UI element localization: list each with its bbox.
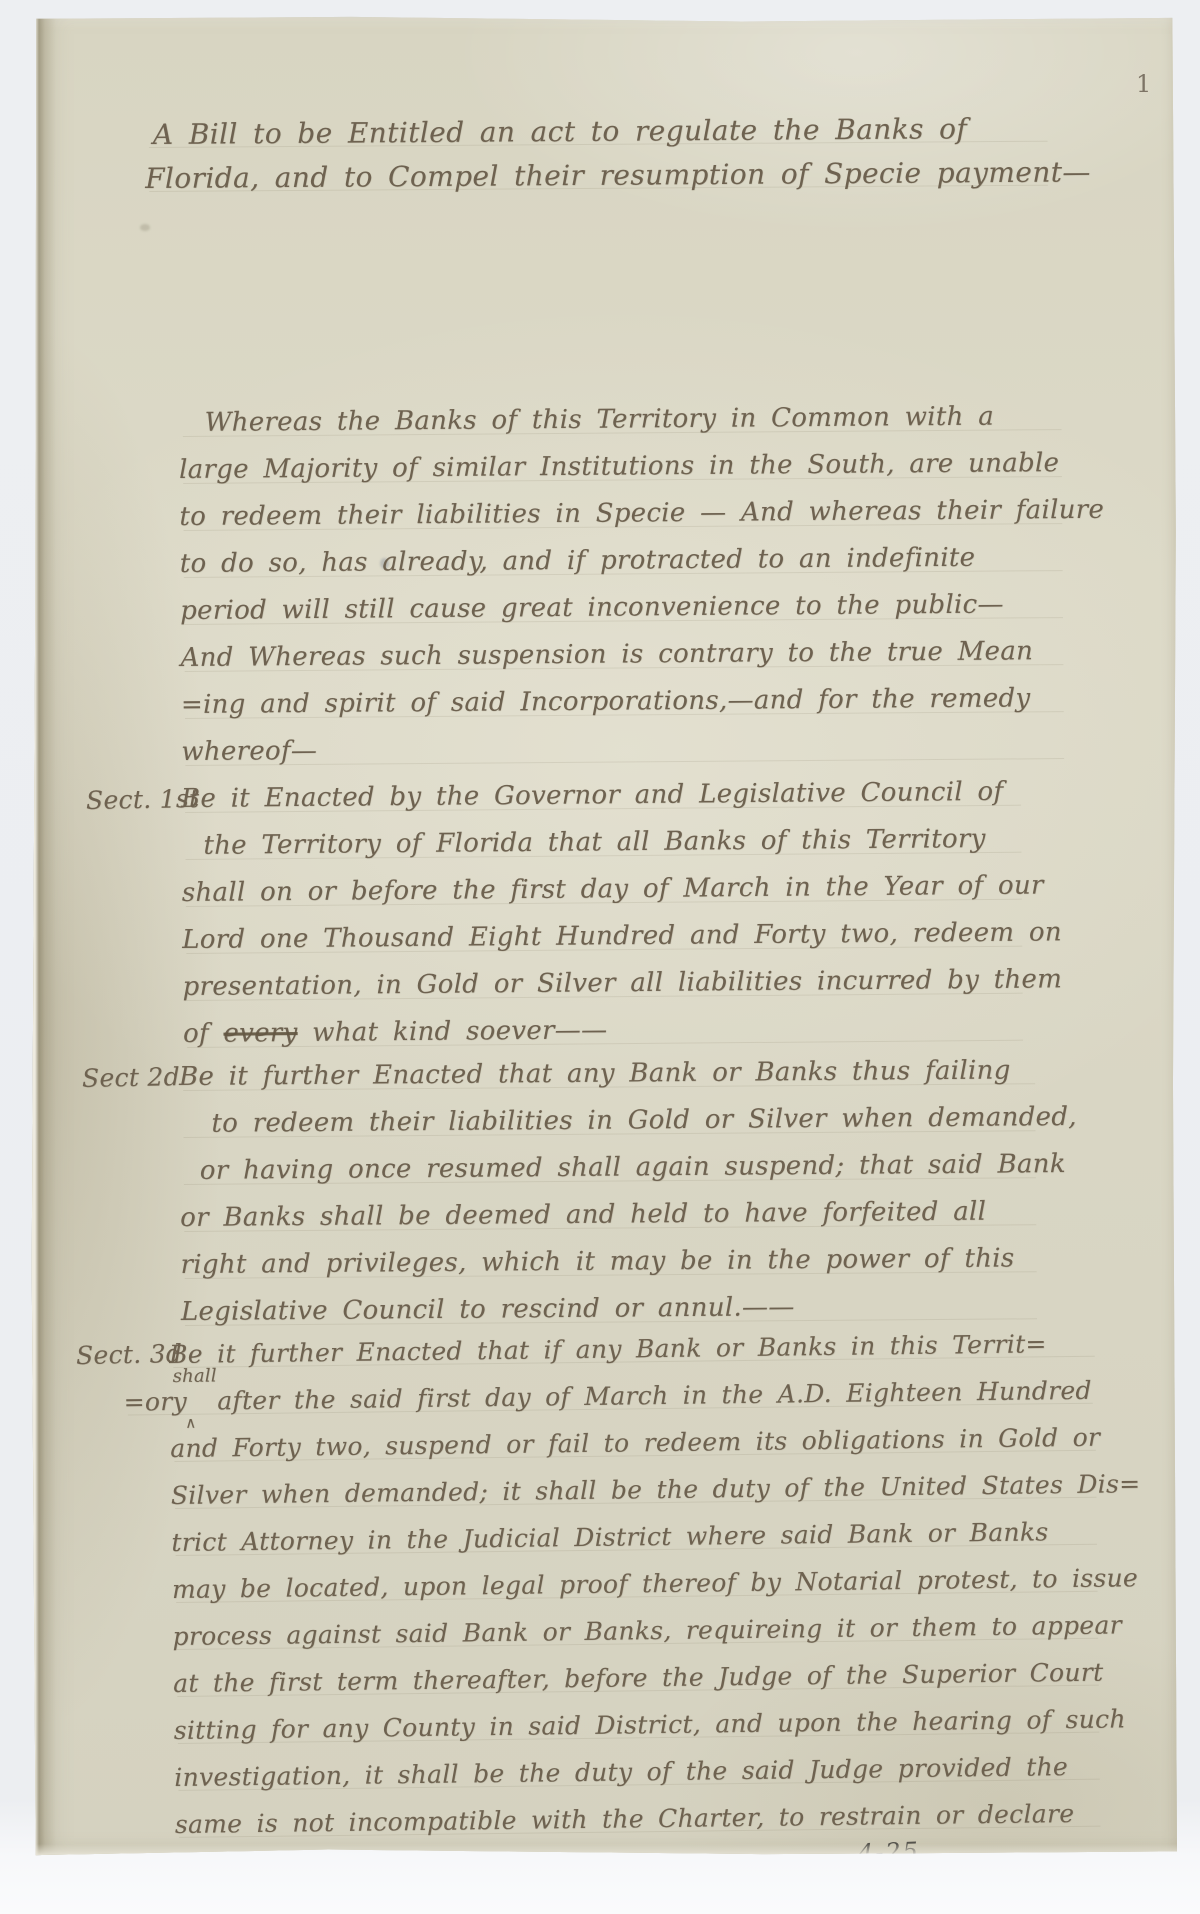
section-3-label: Sect. 3d — [76, 1330, 183, 1379]
section-2-line: to redeem their liabilities in Gold or S… — [179, 1094, 1077, 1148]
bill-title: A Bill to be Entitled an act to regulate… — [145, 106, 1091, 201]
section-2-label: Sect 2d — [82, 1053, 181, 1102]
preamble-paragraph: Whereas the Banks of this Territory in C… — [179, 393, 1107, 776]
section-1-line: shall on or before the first day of Marc… — [182, 862, 1062, 917]
section-2-line: or having once resumed shall again suspe… — [180, 1141, 1078, 1195]
archival-pencil-note: 4-25 — [858, 1837, 921, 1867]
section-2-paragraph: Be it further Enacted that any Bank or B… — [179, 1047, 1079, 1336]
text-before-strike: of — [183, 1019, 224, 1049]
bill-title-line-2: Florida, and to Compel their resumption … — [145, 150, 1091, 201]
text-before-insertion: =ory — [124, 1387, 188, 1417]
section-3-paragraph: Be it further Enacted that if any Bank o… — [169, 1319, 1145, 1848]
section-2-line: right and privileges, which it may be in… — [180, 1235, 1078, 1289]
preamble-line: =ing and spirit of said Incorporations,—… — [181, 675, 1106, 729]
page-number: 1 — [1136, 70, 1151, 98]
preamble-line: to redeem their liabilities in Specie — … — [179, 487, 1104, 541]
inserted-word: shall — [173, 1367, 217, 1386]
preamble-line: to do so, has already, and if protracted… — [180, 534, 1105, 588]
preamble-line: large Majority of similar Institutions i… — [179, 440, 1104, 494]
section-2-line: Be it further Enacted that any Bank or B… — [179, 1047, 1077, 1101]
section-1-paragraph: Be it Enacted by the Governor and Legisl… — [181, 768, 1063, 1058]
preamble-line: whereof— — [181, 722, 1106, 776]
section-1-line: the Territory of Florida that all Banks … — [181, 815, 1061, 870]
preamble-line: And Whereas such suspension is contrary … — [180, 628, 1105, 682]
interlinear-insertion: shall∧ — [187, 1400, 203, 1410]
text-after-strike: what kind soever—— — [297, 1015, 607, 1048]
bill-title-line-1: A Bill to be Entitled an act to regulate… — [145, 106, 1091, 157]
section-1-line: Lord one Thousand Eight Hundred and Fort… — [182, 909, 1062, 964]
section-2-line: or Banks shall be deemed and held to hav… — [180, 1188, 1078, 1242]
section-1-line: Be it Enacted by the Governor and Legisl… — [181, 768, 1061, 823]
text-after-insertion: after the said first day of March in the… — [203, 1376, 1092, 1416]
caret-mark: ∧ — [185, 1416, 196, 1431]
preamble-line: Whereas the Banks of this Territory in C… — [179, 393, 1104, 447]
paper-stain — [140, 224, 150, 231]
struck-out-word: every — [223, 1018, 297, 1049]
section-1-line: presentation, in Gold or Silver all liab… — [182, 956, 1062, 1011]
scanned-manuscript-page: 1 A Bill to be Entitled an act to regula… — [0, 0, 1200, 1914]
preamble-line: period will still cause great inconvenie… — [180, 581, 1105, 635]
aged-paper-sheet: 1 A Bill to be Entitled an act to regula… — [30, 16, 1177, 1856]
